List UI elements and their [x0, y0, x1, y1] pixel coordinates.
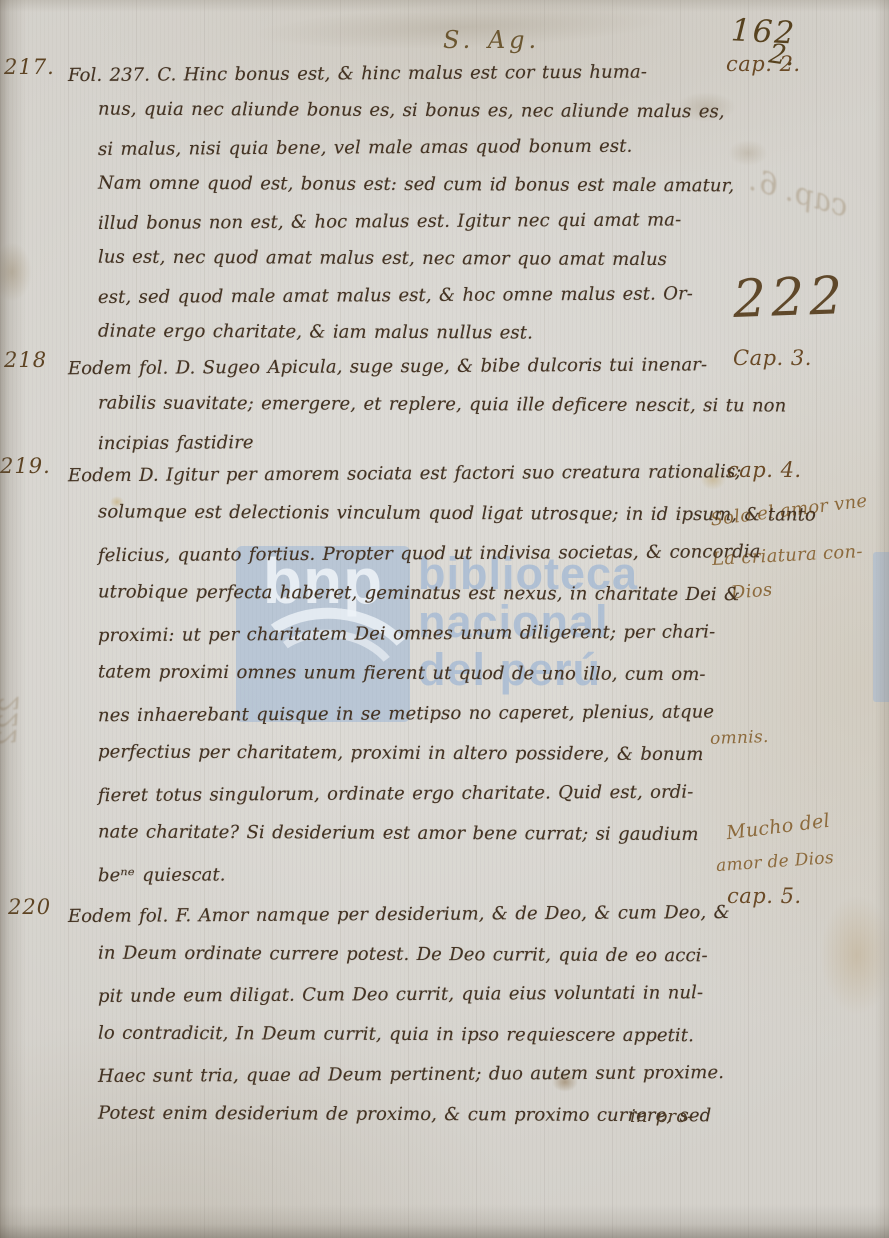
text-line: utrobique perfecta haberet, geminatus es…	[98, 572, 816, 615]
text-line: Eodem D. Igitur per amorem sociata est f…	[68, 452, 816, 497]
text-line: si malus, nisi quia bene, vel male amas …	[98, 127, 734, 168]
text-line: Haec sunt tria, quae ad Deum pertinent; …	[98, 1053, 730, 1097]
text-line: felicius, quanto fortius. Propter quod u…	[98, 532, 816, 576]
edge-stain	[0, 242, 32, 302]
text-line: Nam omne quod est, bonus est: sed cum id…	[98, 165, 734, 205]
text-line: Eodem fol. D. Sugeo Apicula, suge suge, …	[68, 346, 787, 388]
text-line: nus, quia nec aliunde bonus es, si bonus…	[98, 91, 734, 131]
text-line: Fol. 237. C. Hinc bonus est, & hinc malu…	[68, 53, 734, 94]
text-line: est, sed quod male amat malus est, & hoc…	[98, 275, 734, 316]
text-line: lus est, nec quod amat malus est, nec am…	[98, 239, 734, 279]
text-line: illud bonus non est, & hoc malus est. Ig…	[98, 201, 734, 242]
text-line: solumque est delectionis vinculum quod l…	[98, 492, 816, 535]
bleedthrough-text: cap. 6.	[745, 163, 852, 225]
large-margin-number: 222	[732, 266, 848, 330]
entry-text: Eodem fol. F. Amor namque per desiderium…	[98, 895, 730, 1135]
bleedthrough-text: 222	[0, 695, 26, 747]
watermark-edge-fragment	[873, 552, 889, 702]
text-line: beⁿᵉ quiescat.	[98, 852, 816, 896]
entry-number: 220	[8, 895, 51, 919]
text-line: fieret totus singulorum, ordinate ergo c…	[98, 772, 816, 816]
text-line: Eodem fol. F. Amor namque per desiderium…	[68, 893, 730, 937]
text-line: proximi: ut per charitatem Dei omnes unu…	[98, 612, 816, 656]
text-line: in Deum ordinate currere potest. De Deo …	[98, 934, 730, 977]
paper-stain	[820, 895, 889, 1015]
text-line: lo contradicit, In Deum currit, quia in …	[98, 1014, 730, 1057]
text-line: tatem proximi omnes unum fierent ut quod…	[98, 652, 816, 695]
entry-text: Eodem fol. D. Sugeo Apicula, suge suge, …	[98, 348, 786, 461]
entry-number: 218	[4, 348, 47, 372]
entry-number: 219.	[0, 454, 51, 478]
manuscript-page: bnp biblioteca nacional del perú cap. 6.…	[0, 0, 889, 1238]
chapter-label: cap. 2.	[726, 52, 801, 76]
entry-text: Fol. 237. C. Hinc bonus est, & hinc malu…	[98, 55, 734, 351]
text-line: pit unde eum diligat. Cum Deo currit, qu…	[98, 973, 730, 1017]
text-line: nes inhaerebant quisque in se metipso no…	[98, 692, 816, 736]
entry-number: 217.	[4, 55, 55, 79]
running-header: S. Ag.	[443, 26, 540, 54]
catchword: in pro-	[630, 1106, 694, 1127]
text-line: rabilis suavitate; emergere, et replere,…	[98, 384, 786, 425]
entry-text: Eodem D. Igitur per amorem sociata est f…	[98, 454, 816, 894]
text-line: nate charitate? Si desiderium est amor b…	[98, 812, 816, 855]
text-line: perfectius per charitatem, proximi in al…	[98, 732, 816, 775]
